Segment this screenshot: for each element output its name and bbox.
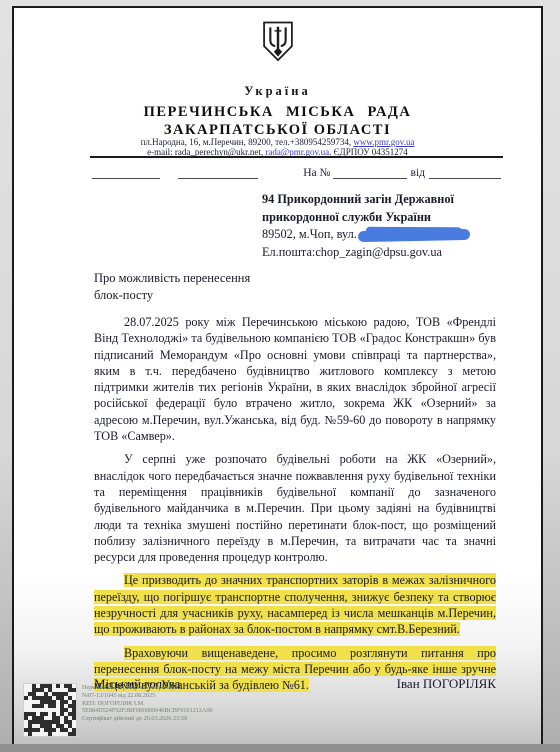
address-text: пл.Народна, 16, м.Перечин, 89200, тел.+3… (141, 137, 354, 147)
recipient-line-1: 94 Прикордонний загін Державної (262, 191, 470, 209)
website-link[interactable]: www.pmr.gov.ua (353, 137, 414, 147)
recipient-address-prefix: 89502, м.Чоп, вул. (262, 227, 357, 241)
recipient-block: 94 Прикордонний загін Державної прикордо… (262, 191, 470, 261)
highlighted-text: Це призводить до значних транспортних за… (94, 573, 496, 636)
reference-row: На № від (92, 166, 501, 179)
qr-code (24, 684, 76, 736)
ref-blank-2 (178, 166, 258, 179)
frame-bottom-band (0, 744, 560, 752)
stamp-kep: КЕП: ПОГОРІЛЯК І.М. (82, 700, 213, 708)
ref-vid-label: від (411, 167, 425, 179)
signer-name: Іван ПОГОРІЛЯК (397, 676, 496, 692)
redaction-scribble (358, 229, 470, 242)
header-rule (90, 156, 503, 158)
ref-na-no-label: На № (303, 167, 330, 179)
recipient-email: Ел.пошта:chop_zagin@dpsu.gov.ua (262, 244, 470, 262)
ukraine-trident-icon (262, 20, 294, 64)
paragraph-highlighted: Це призводить до значних транспортних за… (94, 572, 496, 637)
recipient-line-2: прикордонної служби України (262, 209, 470, 227)
paragraph-text: 28.07.2025 року між Перечинською міською… (94, 315, 496, 443)
letter-body: 28.07.2025 року між Перечинською міською… (94, 314, 496, 701)
subject-block: Про можливість перенесення блок-посту (94, 270, 250, 303)
digital-signature-stamp: Перечинська територіальна громада №07-13… (24, 684, 213, 736)
recipient-line-3: 89502, м.Чоп, вул. (262, 226, 470, 244)
ref-number-blank (333, 166, 407, 179)
stamp-cert-validity: Сертифікат дійсний до 26.03.2026 23:59 (82, 715, 213, 723)
stamp-text-block: Перечинська територіальна громада №07-13… (82, 684, 213, 723)
ref-date-blank (429, 166, 501, 179)
subject-line-1: Про можливість перенесення (94, 270, 250, 287)
council-name: ПЕРЕЧИНСЬКА МІСЬКА РАДА (14, 104, 541, 121)
stamp-community: Перечинська територіальна громада (82, 684, 213, 692)
subject-line-2: блок-посту (94, 287, 250, 304)
paragraph-text: У серпні уже розпочато будівельні роботи… (94, 452, 496, 564)
paragraph: 28.07.2025 року між Перечинською міською… (94, 314, 496, 444)
stamp-cert-hash: 5E984D524F92F3BF6B0000046BCBF0101212A06 (82, 707, 213, 715)
letter-viewer: Україна ПЕРЕЧИНСЬКА МІСЬКА РАДА ЗАКАРПАТ… (0, 0, 560, 752)
contact-line-1: пл.Народна, 16, м.Перечин, 89200, тел.+3… (14, 137, 541, 147)
paragraph: У серпні уже розпочато будівельні роботи… (94, 451, 496, 565)
emblem-wrap (14, 20, 541, 69)
document-page: Україна ПЕРЕЧИНСЬКА МІСЬКА РАДА ЗАКАРПАТ… (12, 6, 543, 752)
stamp-ref-number: №07-13/1045 від 22.08.2025 (82, 692, 213, 700)
country-label: Україна (14, 84, 541, 99)
ref-blank-1 (92, 166, 160, 179)
